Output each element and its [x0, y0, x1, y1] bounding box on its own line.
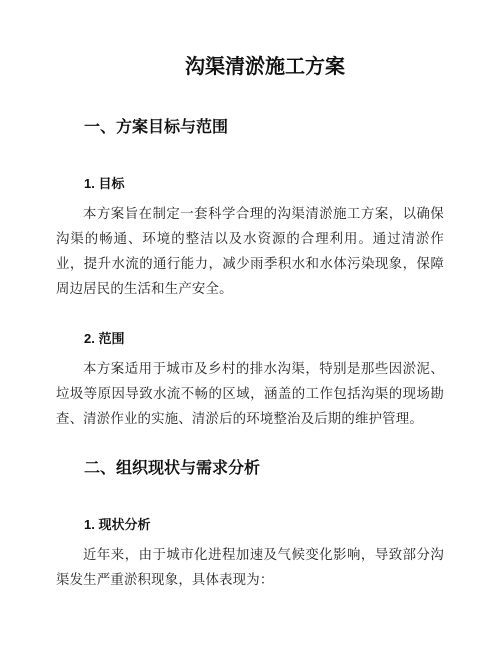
- section-1-heading: 一、方案目标与范围: [56, 118, 444, 137]
- document-title: 沟渠清淤施工方案: [56, 0, 444, 82]
- section-1-paragraph-1: 本方案旨在制定一套科学合理的沟渠清淤施工方案，以确保沟渠的畅通、环境的整洁以及水…: [56, 201, 444, 301]
- section-1-subheading-2: 2. 范围: [56, 331, 444, 347]
- section-1-subheading-1: 1. 目标: [56, 176, 444, 192]
- section-2-paragraph-1: 近年来，由于城市化进程加速及气候变化影响，导致部分沟渠发生严重淤积现象，具体表现…: [56, 542, 444, 592]
- section-2-heading: 二、组织现状与需求分析: [56, 459, 444, 478]
- section-2-subheading-1: 1. 现状分析: [56, 517, 444, 533]
- document-page: 沟渠清淤施工方案 一、方案目标与范围 1. 目标 本方案旨在制定一套科学合理的沟…: [0, 0, 500, 647]
- section-1-paragraph-2: 本方案适用于城市及乡村的排水沟渠，特别是那些因淤泥、垃圾等原因导致水流不畅的区域…: [56, 356, 444, 431]
